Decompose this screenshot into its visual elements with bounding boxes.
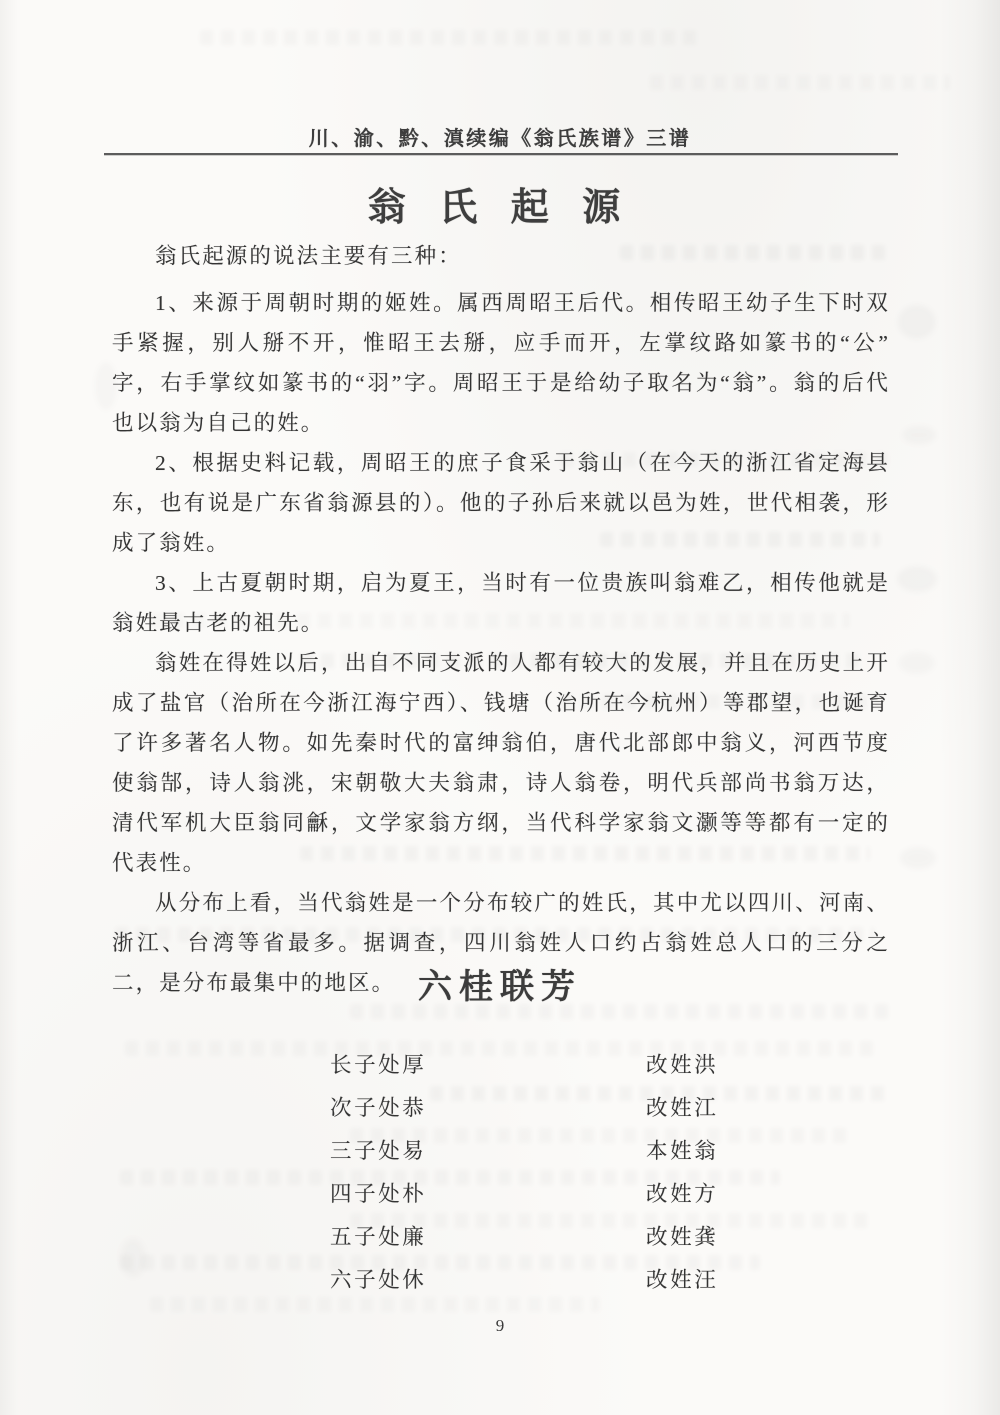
- section-title: 六桂联芳: [0, 959, 1000, 1008]
- surname-result: 改姓江: [646, 1087, 718, 1130]
- list-item: 三子处易 本姓翁: [330, 1130, 750, 1173]
- son-name: 次子处恭: [330, 1087, 646, 1130]
- list-item: 五子处廉 改姓龚: [330, 1216, 750, 1259]
- surname-result: 本姓翁: [646, 1130, 718, 1173]
- bleed-through-artifact: [897, 566, 937, 592]
- bleed-through-artifact: [120, 1238, 146, 1278]
- list-item: 次子处恭 改姓江: [330, 1087, 750, 1130]
- header-rule: [104, 153, 898, 155]
- bleed-through-artifact: [899, 652, 935, 674]
- son-name: 三子处易: [330, 1130, 646, 1173]
- surname-result: 改姓方: [646, 1173, 718, 1216]
- surname-result: 改姓龚: [646, 1216, 718, 1259]
- son-name: 五子处廉: [330, 1216, 646, 1259]
- son-name: 长子处厚: [330, 1044, 646, 1087]
- bleed-through-artifact: [898, 305, 936, 339]
- list-item: 长子处厚 改姓洪: [330, 1044, 750, 1087]
- article-body: 翁氏起源的说法主要有三种： 1、来源于周朝时期的姬姓。属西周昭王后代。相传昭王幼…: [112, 236, 890, 1003]
- scanned-page: 川、渝、黔、滇续编《翁氏族谱》三谱 翁 氏 起 源 翁氏起源的说法主要有三种： …: [0, 0, 1000, 1415]
- paragraph-origin-2: 2、根据史料记载，周昭王的庶子食采于翁山（在今天的浙江省定海县东，也有说是广东省…: [112, 443, 890, 563]
- page-title: 翁 氏 起 源: [0, 176, 1000, 231]
- bleed-through-artifact: [200, 30, 700, 45]
- list-item: 四子处朴 改姓方: [330, 1173, 750, 1216]
- surname-result: 改姓汪: [646, 1259, 718, 1302]
- paragraph-notables: 翁姓在得姓以后，出自不同支派的人都有较大的发展，并且在历史上开成了盐官（治所在今…: [112, 643, 890, 883]
- bleed-through-artifact: [900, 847, 936, 869]
- page-number: 9: [0, 1316, 1000, 1336]
- paragraph-origin-1: 1、来源于周朝时期的姬姓。属西周昭王后代。相传昭王幼子生下时双手紧握，别人掰不开…: [112, 283, 890, 443]
- paragraph-intro: 翁氏起源的说法主要有三种：: [112, 236, 890, 276]
- running-header: 川、渝、黔、滇续编《翁氏族谱》三谱: [0, 122, 1000, 151]
- son-name: 四子处朴: [330, 1173, 646, 1216]
- bleed-through-artifact: [902, 426, 936, 444]
- six-sons-list: 长子处厚 改姓洪 次子处恭 改姓江 三子处易 本姓翁 四子处朴 改姓方 五子处廉…: [330, 1044, 750, 1302]
- bleed-through-artifact: [650, 75, 950, 90]
- list-item: 六子处休 改姓汪: [330, 1259, 750, 1302]
- paragraph-origin-3: 3、上古夏朝时期，启为夏王，当时有一位贵族叫翁难乙，相传他就是翁姓最古老的祖先。: [112, 563, 890, 643]
- son-name: 六子处休: [330, 1259, 646, 1302]
- surname-result: 改姓洪: [646, 1044, 718, 1087]
